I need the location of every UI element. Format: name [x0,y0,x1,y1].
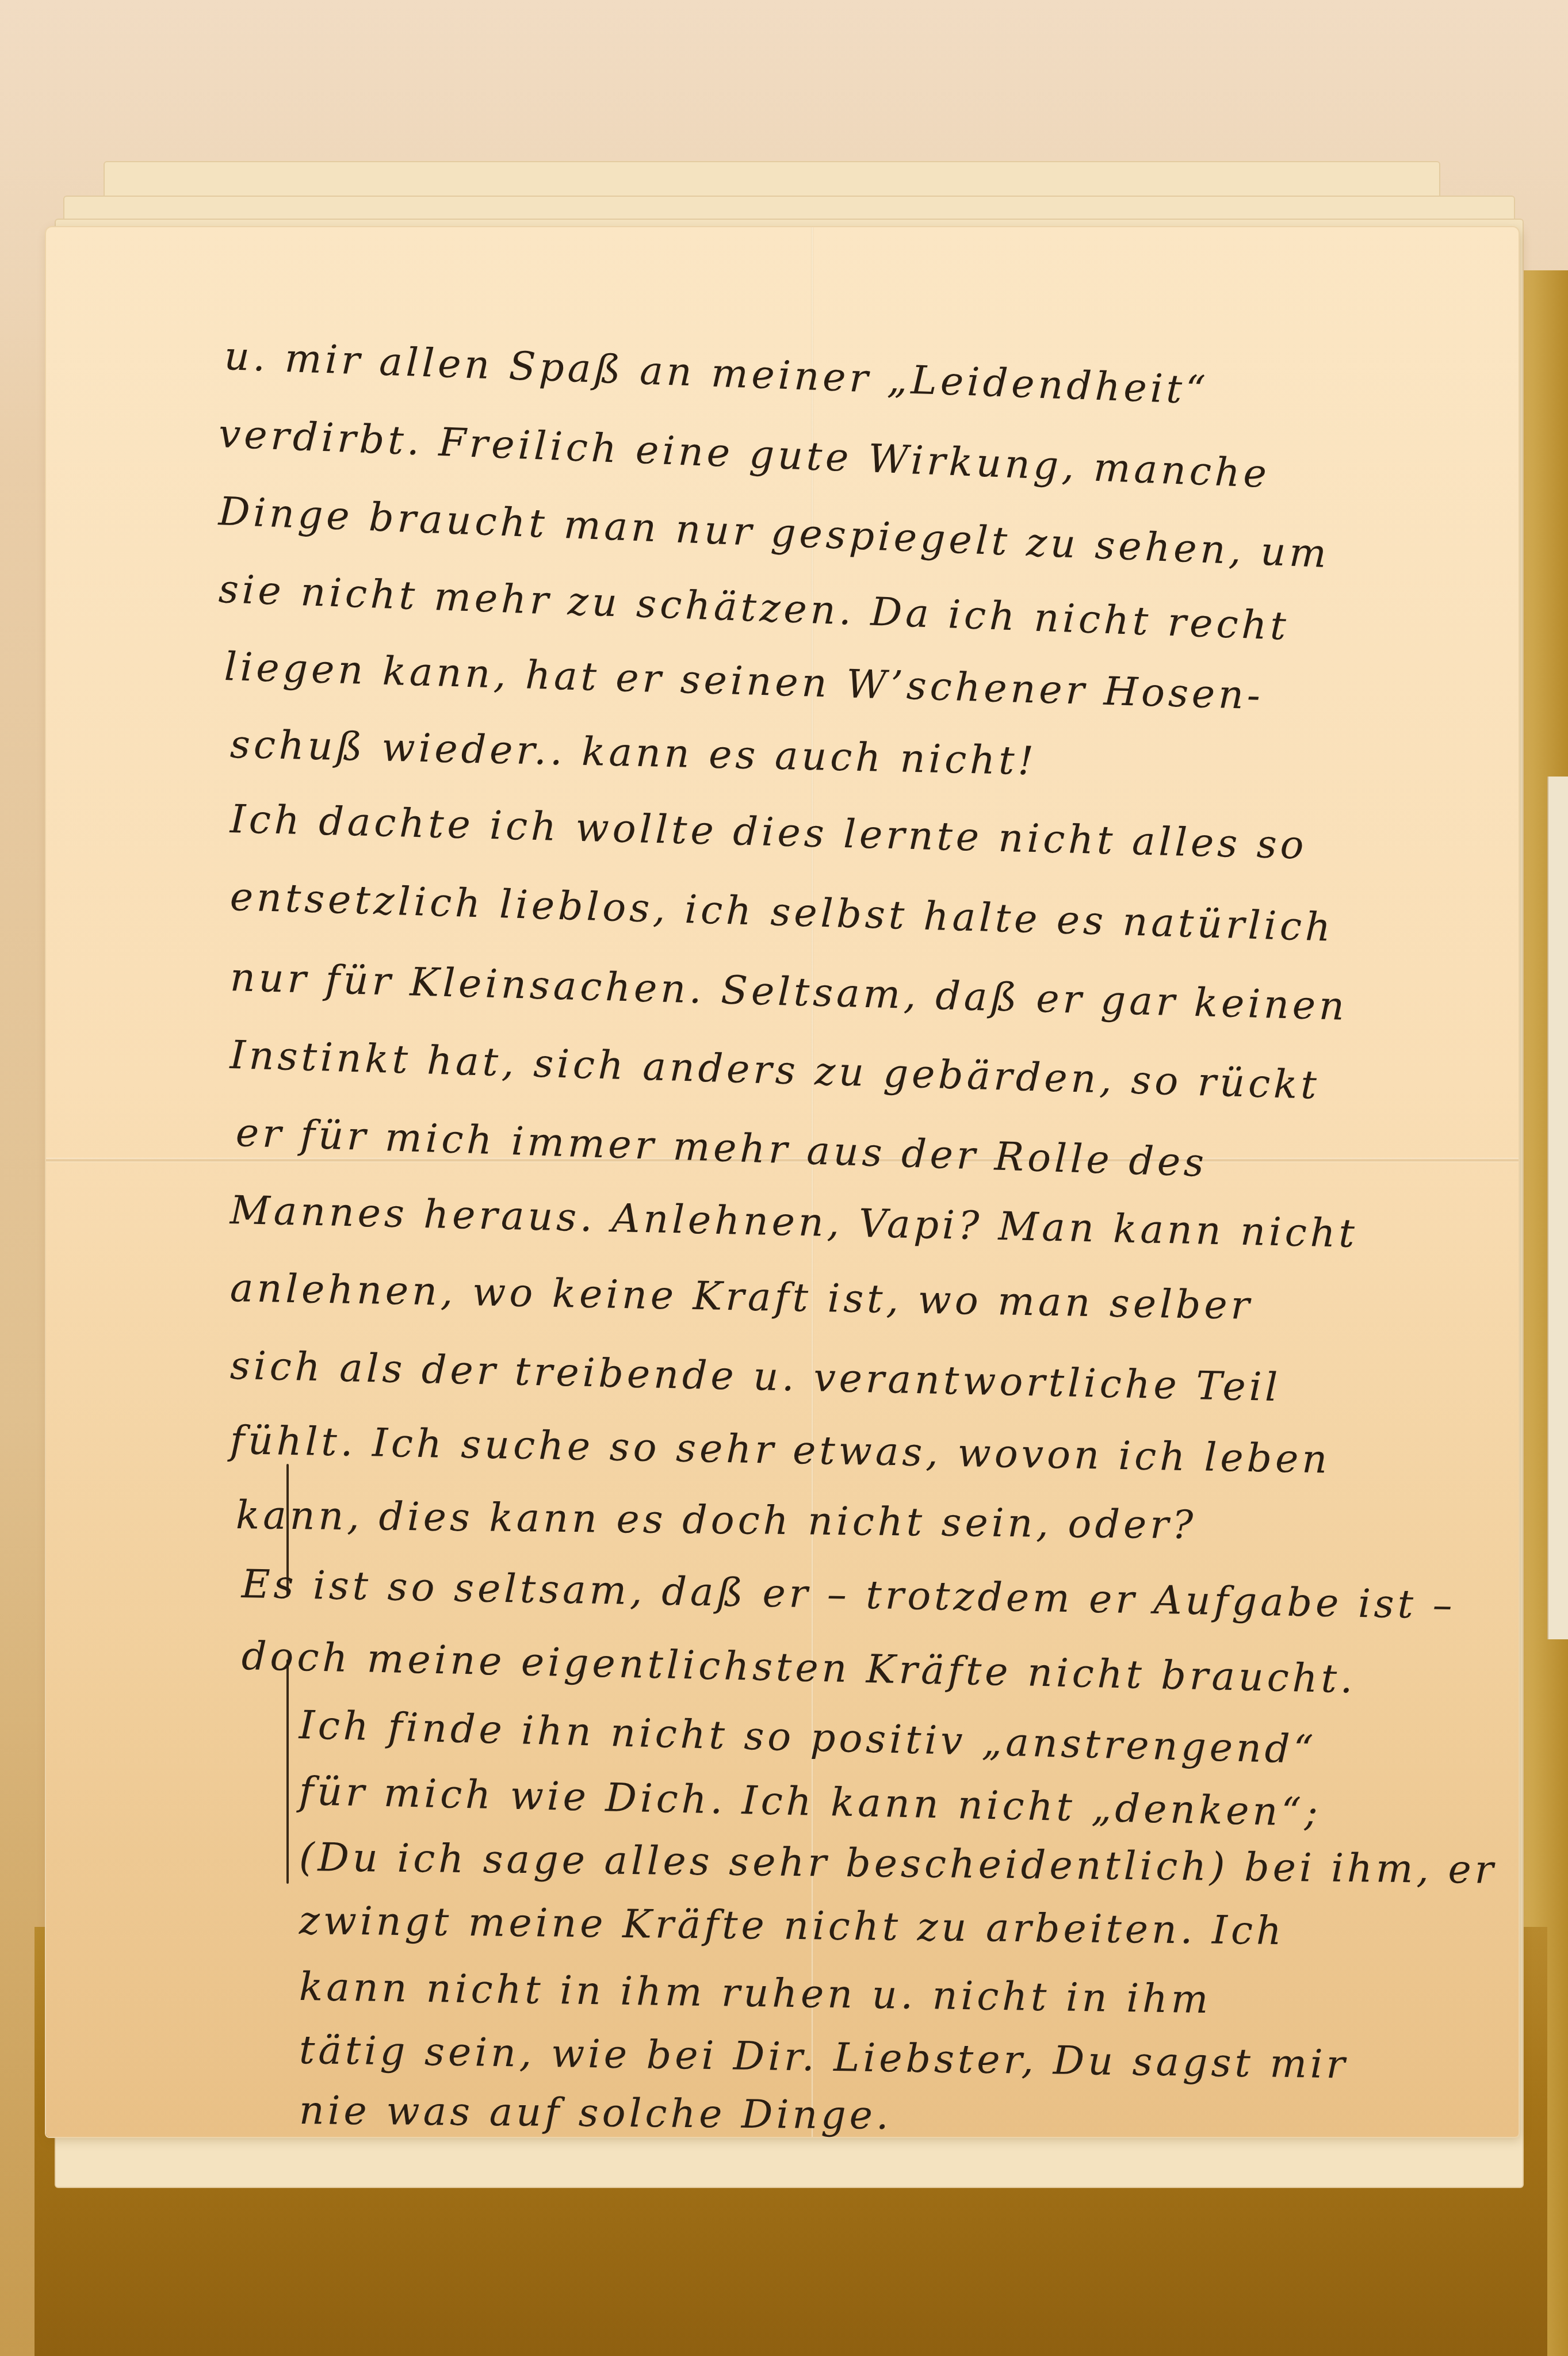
text-line: Mannes heraus. Anlehnen, Vapi? Man kann … [230,1188,1359,1257]
text-line: zwingt meine Kräfte nicht zu arbeiten. I… [299,1898,1286,1954]
text-line: Instinkt hat, sich anders zu gebärden, s… [230,1032,1321,1108]
text-line: u. mir allen Spaß an meiner „Leidendheit… [224,334,1210,414]
text-line: Dinge braucht man nur gespiegelt zu sehe… [217,489,1330,577]
text-line: kann nicht in ihm ruhen u. nicht in ihm [299,1964,1211,2022]
text-line: sie nicht mehr zu schätzen. Da ich nicht… [218,567,1290,649]
text-line: entsetzlich lieblos, ich selbst halte es… [230,874,1334,951]
text-line: Ich finde ihn nicht so positiv „anstreng… [299,1703,1317,1773]
text-line: doch meine eigentlichsten Kräfte nicht b… [241,1634,1356,1703]
text-line: er für mich immer mehr aus der Rolle des [235,1110,1208,1186]
text-line: sich als der treibende u. verantwortlich… [230,1343,1282,1410]
text-line: Es ist so seltsam, daß er – trotzdem er … [241,1562,1456,1628]
text-line: fühlt. Ich suche so sehr etwas, wovon ic… [230,1418,1331,1482]
text-line: tätig sein, wie bei Dir. Liebster, Du sa… [299,2028,1348,2087]
text-line: (Du ich sage alles sehr bescheidentlich)… [299,1835,1497,1893]
text-line: schuß wieder.. kann es auch nicht! [230,722,1037,784]
side-sheet [1547,777,1568,1639]
text-line: Ich dachte ich wollte dies lernte nicht … [230,797,1307,869]
text-line: nur für Kleinsachen. Seltsam, daß er gar… [230,955,1348,1030]
text-line: liegen kann, hat er seinen W’schener Hos… [224,644,1264,718]
margin-mark-2 [286,1659,289,1884]
text-line: nie was auf solche Dinge. [299,2088,892,2139]
text-line: für mich wie Dich. Ich kann nicht „denke… [299,1769,1322,1835]
text-line: anlehnen, wo keine Kraft ist, wo man sel… [230,1265,1253,1329]
text-line: kann, dies kann es doch nicht sein, oder… [236,1493,1197,1548]
letter-page: u. mir allen Spaß an meiner „Leidendheit… [46,227,1519,2137]
text-line: verdirbt. Freilich eine gute Wirkung, ma… [217,411,1271,497]
